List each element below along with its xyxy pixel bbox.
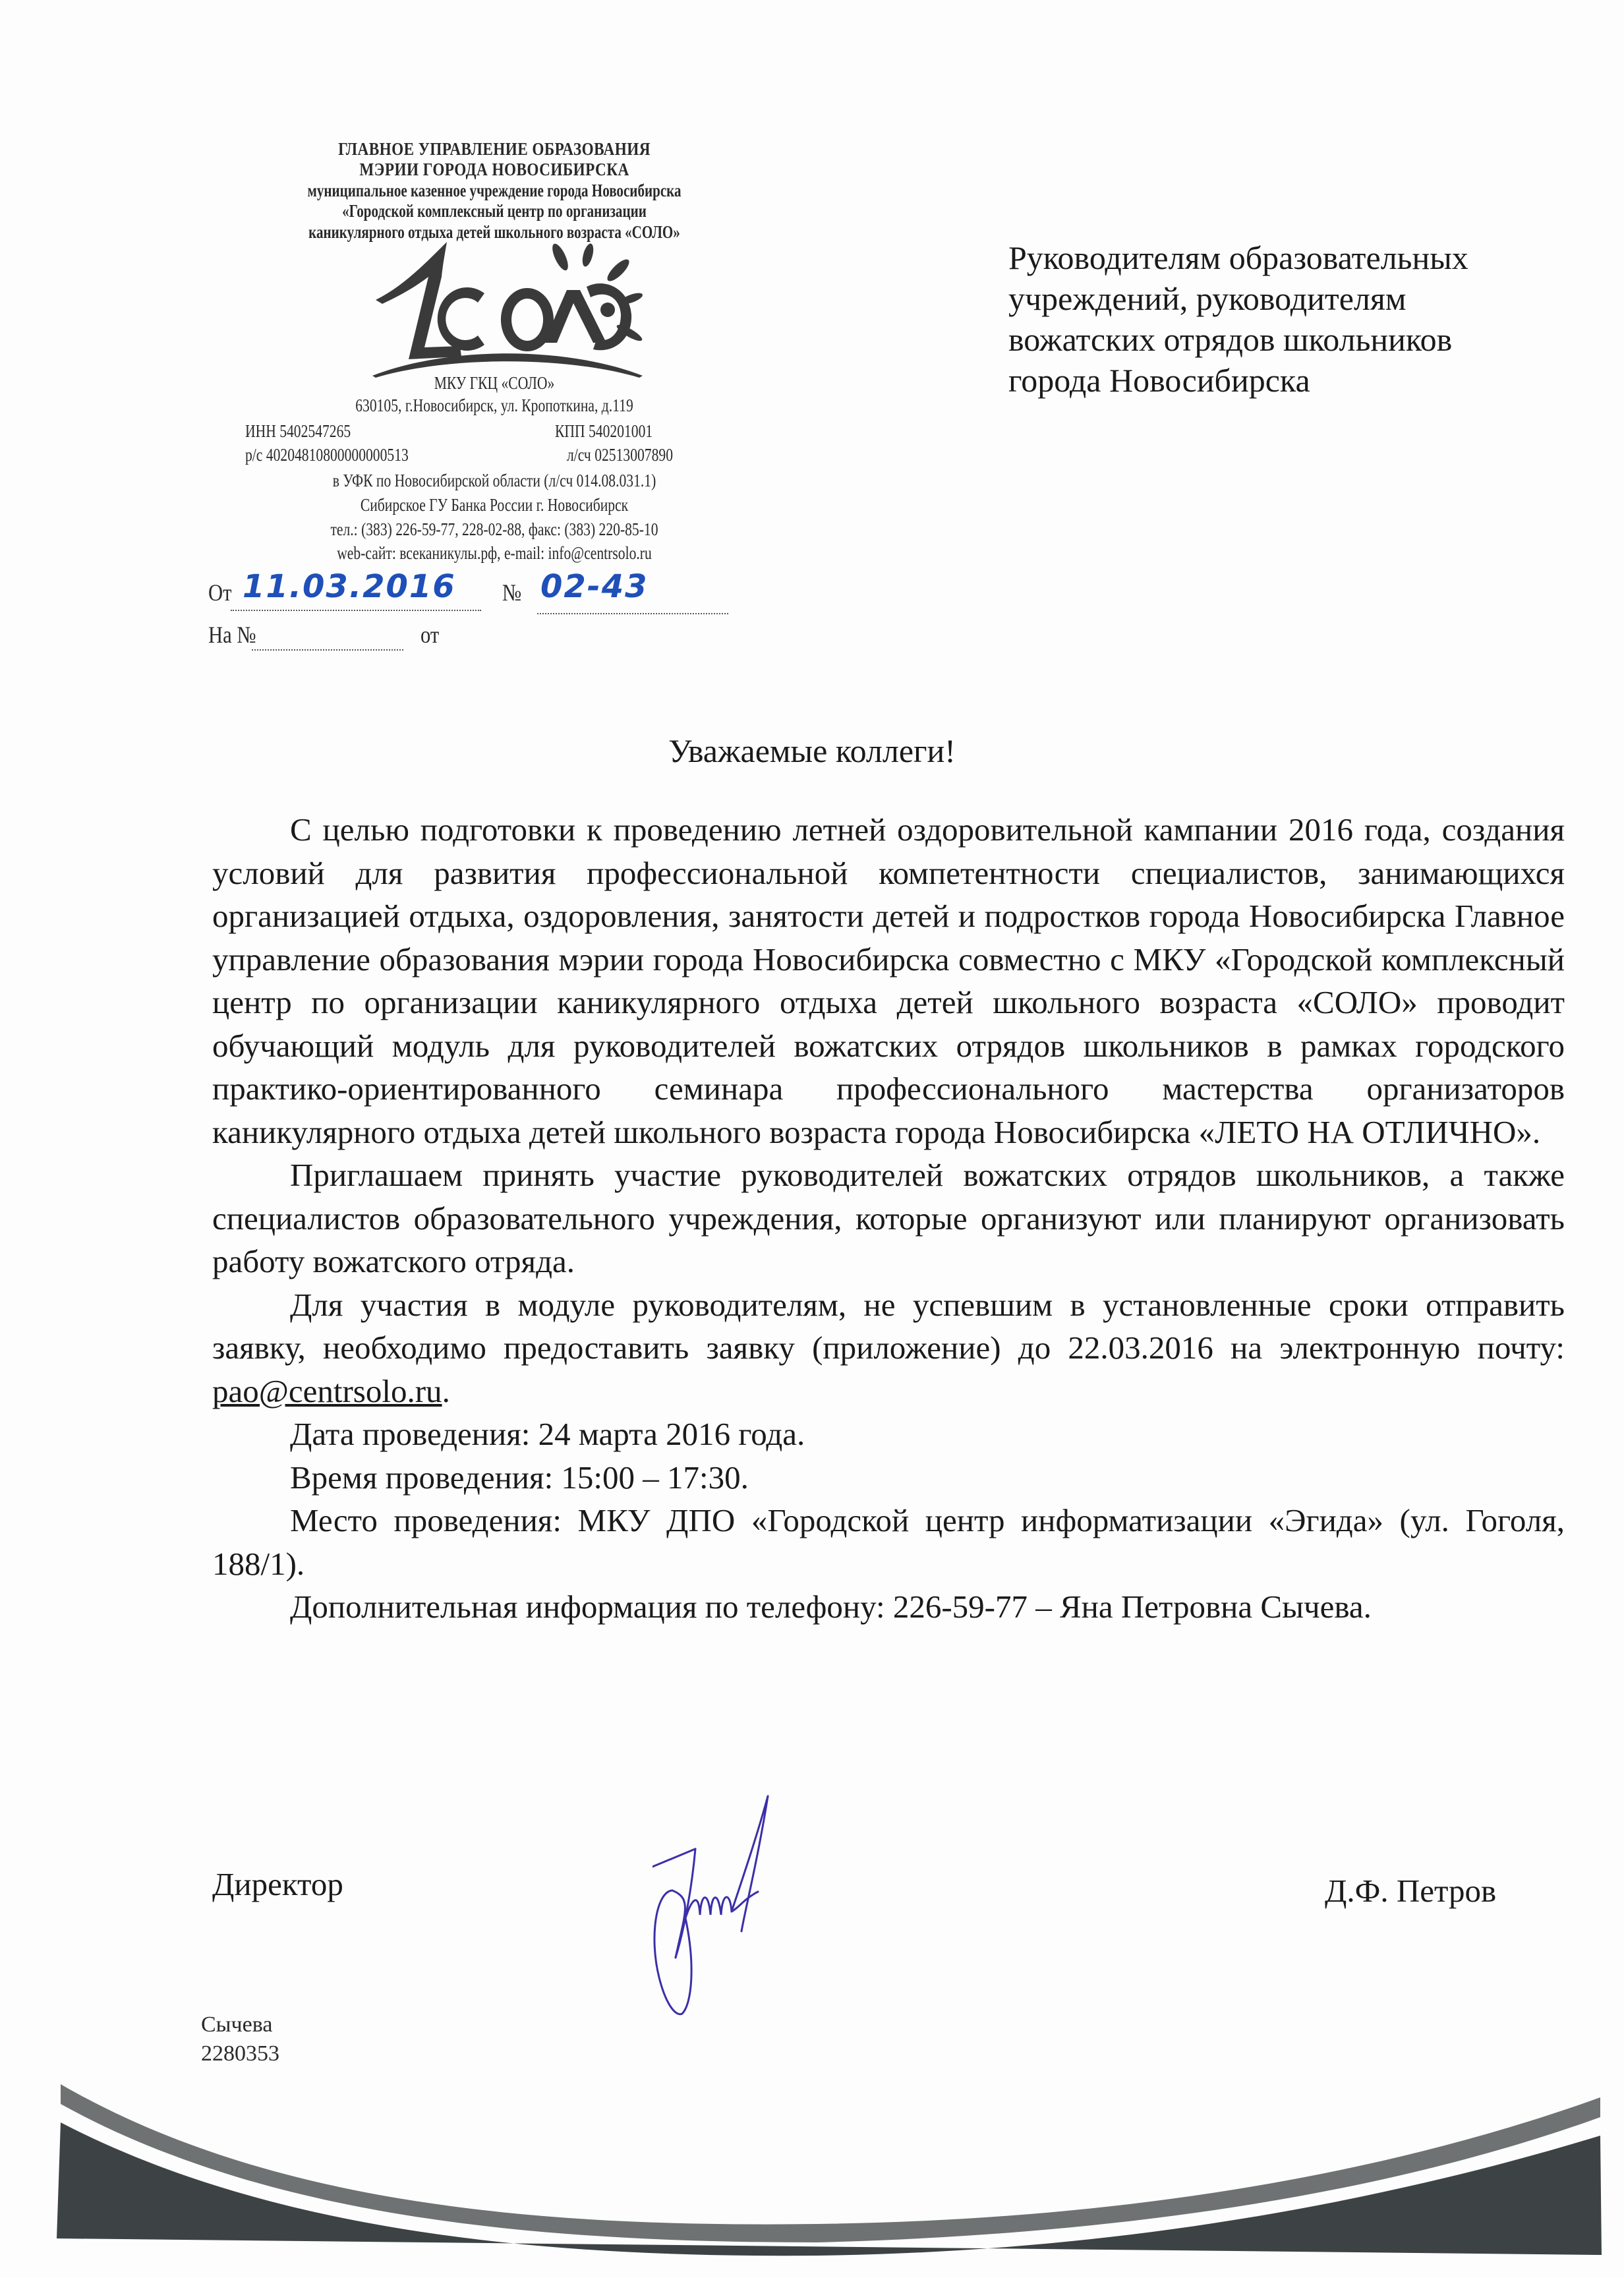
letterhead-inn: ИНН 5402547265	[245, 423, 351, 440]
letterhead-address: 630105, г.Новосибирск, ул. Кропоткина, д…	[257, 397, 732, 415]
letterhead-org-line-3: муниципальное казенное учреждение города…	[263, 182, 726, 200]
event-place: Место проведения: МКУ ДПО «Городской цен…	[212, 1499, 1565, 1585]
letterhead-org-line-1: ГЛАВНОЕ УПРАВЛЕНИЕ ОБРАЗОВАНИЯ	[239, 140, 749, 158]
document-number: 02-43	[540, 568, 649, 605]
recipient-line-4: города Новосибирска	[1008, 360, 1575, 401]
reply-number-label: На №	[208, 621, 256, 649]
greeting: Уважаемые коллеги!	[0, 732, 1624, 770]
signer-position: Директор	[212, 1865, 343, 1903]
contact-info: Дополнительная информация по телефону: 2…	[212, 1585, 1565, 1629]
footer-wave-icon	[0, 2070, 1624, 2278]
handwritten-signature	[652, 1793, 870, 2017]
letterhead-kpp: КПП 540201001	[555, 423, 652, 440]
letterhead-org-line-5: каникулярного отдыха детей школьного воз…	[263, 223, 726, 241]
solo-logo	[369, 241, 646, 379]
event-time: Время проведения: 15:00 – 17:30.	[212, 1456, 1565, 1500]
letterhead-org-line-2: МЭРИИ ГОРОДА НОВОСИБИРСКА	[239, 161, 749, 179]
letter-body: С целью подготовки к проведению летней о…	[212, 808, 1565, 1629]
footer-decoration	[0, 2070, 1624, 2278]
author-phone: 2280353	[201, 2039, 279, 2068]
recipient-line-2: учреждений, руководителям	[1008, 278, 1575, 319]
letterhead-ufk: в УФК по Новосибирской области (л/сч 014…	[257, 472, 732, 490]
letterhead-bank: Сибирское ГУ Банка России г. Новосибирск	[257, 496, 732, 514]
date-underline	[231, 610, 481, 611]
event-date: Дата проведения: 24 марта 2016 года.	[212, 1413, 1565, 1456]
reply-from-label: от	[420, 621, 439, 649]
number-underline	[537, 613, 728, 614]
letterhead-phones: тел.: (383) 226-59-77, 228-02-88, факс: …	[257, 521, 732, 539]
document-date: 11.03.2016	[243, 568, 456, 605]
letterhead-web: web-сайт: всеканикулы.рф, e-mail: info@c…	[257, 544, 732, 562]
letterhead-account: р/с 40204810800000000513	[245, 446, 409, 464]
application-text: Для участия в модуле руководителям, не у…	[212, 1287, 1565, 1366]
email-link[interactable]: pao@centrsolo.ru	[212, 1373, 442, 1409]
body-paragraph-invitation: Приглашаем принять участие руководителей…	[212, 1154, 1565, 1283]
number-label: №	[502, 579, 521, 606]
signature-icon	[652, 1793, 870, 2017]
letterhead-personal-account: л/сч 02513007890	[567, 446, 673, 464]
solo-logo-icon	[369, 241, 646, 379]
recipient-line-1: Руководителям образовательных	[1008, 237, 1575, 278]
signer-name: Д.Ф. Петров	[1325, 1872, 1496, 1910]
body-paragraph-purpose: С целью подготовки к проведению летней о…	[212, 808, 1565, 1154]
author-block: Сычева 2280353	[201, 2010, 279, 2068]
recipient-block: Руководителям образовательных учреждений…	[1008, 237, 1575, 401]
body-paragraph-application: Для участия в модуле руководителям, не у…	[212, 1283, 1565, 1413]
letterhead-short-name: МКУ ГКЦ «СОЛО»	[257, 374, 732, 392]
author-name: Сычева	[201, 2010, 279, 2039]
from-label: От	[208, 579, 231, 606]
recipient-line-3: вожатских отрядов школьников	[1008, 319, 1575, 360]
application-end: .	[442, 1373, 450, 1409]
letterhead-org-line-4: «Городской комплексный центр по организа…	[263, 202, 726, 220]
reply-number-underline	[252, 649, 403, 651]
